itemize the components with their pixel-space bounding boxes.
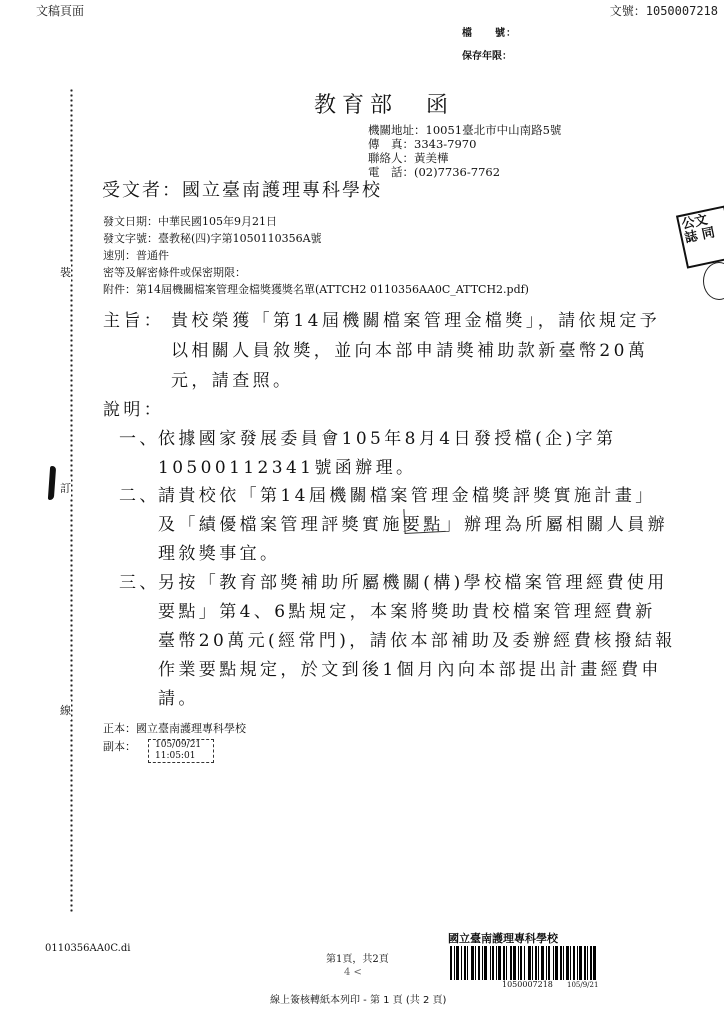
stamp-date: 105/09/21 [155, 740, 213, 751]
attachment-link[interactable]: 附件：第14屆機關檔案管理金檔獎獲獎名單(ATTCH2 0110356AA0C_… [103, 281, 529, 297]
retention-period-label: 保存年限： [462, 47, 512, 62]
subject-line: 元，請查照。 [171, 366, 293, 396]
binding-char-xian: 線 [60, 700, 71, 720]
page-count: 第1頁，共2頁 [326, 950, 389, 965]
received-timestamp-stamp: 105/09/21 11:05:01 [148, 739, 214, 763]
handwritten-scribble: 4 < [344, 967, 362, 978]
binding-char-zhuang: 裝 [60, 262, 71, 282]
item-line: 另按「教育部獎補助所屬機關(構)學校檔案管理經費使用 [158, 568, 668, 598]
footer-file-name: 0110356AA0C.di [45, 943, 130, 954]
contact-person: 聯絡人：黃美樺 [368, 152, 449, 165]
barcode-date: 105/9/21 [567, 981, 598, 989]
item-line: 要點」第4、6點規定，本案將獎助貴校檔案管理經費新 [158, 597, 656, 627]
item-line: 臺幣20萬元(經常門)，請依本部補助及委辦經費核撥結報 [158, 626, 676, 656]
subject-line: 貴校榮獲「第14屆機關檔案管理金檔獎」，請依規定予 [171, 306, 660, 336]
issue-number: 發文字號：臺教秘(四)字第1050110356A號 [103, 230, 322, 246]
issue-date: 發文日期：中華民國105年9月21日 [103, 213, 277, 229]
punch-hole-mark [48, 466, 56, 500]
file-number-label: 檔 號： [462, 24, 517, 39]
barcode-number: 1050007218 [502, 980, 553, 989]
stamp-time: 11:05:01 [155, 751, 213, 762]
copy-label: 副本： [103, 738, 136, 754]
official-seal-stamp: 公文 誌 同 [676, 205, 724, 268]
original-recipient: 正本：國立臺南護理專科學校 [103, 720, 246, 736]
item-number: 三、 [119, 568, 160, 598]
print-note: 線上簽核轉紙本列印 - 第 1 頁 (共 2 頁) [270, 991, 446, 1006]
item-line: 依據國家發展委員會105年8月4日發授檔(企)字第 [158, 424, 616, 454]
letter-title: 教育部 函 [314, 88, 454, 119]
binding-dotted-line [70, 88, 73, 913]
seal-circle-stamp [703, 262, 724, 300]
recipient: 受文者：國立臺南護理專科學校 [102, 176, 382, 202]
item-line: 作業要點規定，於文到後1個月內向本部提出計畫經費申 [158, 655, 662, 685]
contact-phone: 電 話：(02)7736-7762 [368, 166, 500, 179]
delivery-speed: 速別：普通件 [103, 247, 169, 263]
item-number: 二、 [119, 481, 160, 511]
page-type-label: 文稿頁面 [36, 2, 84, 19]
item-number: 一、 [119, 424, 160, 454]
item-line: 請貴校依「第14屆機關檔案管理金檔獎評獎實施計畫」 [158, 481, 656, 511]
item-line: 請。 [158, 684, 199, 714]
barcode-org-label: 國立臺南護理專科學校 [448, 930, 558, 946]
subject-line: 以相關人員敘獎，並向本部申請獎補助款新臺幣20萬 [171, 336, 648, 366]
item-line: 10500112341號函辦理。 [158, 453, 416, 483]
description-label: 說明： [103, 395, 164, 425]
item-line: 理敘獎事宜。 [158, 539, 280, 569]
confidentiality: 密等及解密條件或保密期限： [103, 264, 246, 280]
barcode [450, 946, 625, 980]
contact-fax: 傳 真：3343-7970 [368, 138, 476, 151]
contact-address: 機關地址：10051臺北市中山南路5號 [368, 124, 561, 137]
handwritten-correction-mark [403, 507, 445, 534]
subject-label: 主旨： [103, 306, 164, 336]
binding-char-ding: 訂 [60, 478, 71, 498]
document-number: 文號：1050007218 [610, 2, 718, 19]
